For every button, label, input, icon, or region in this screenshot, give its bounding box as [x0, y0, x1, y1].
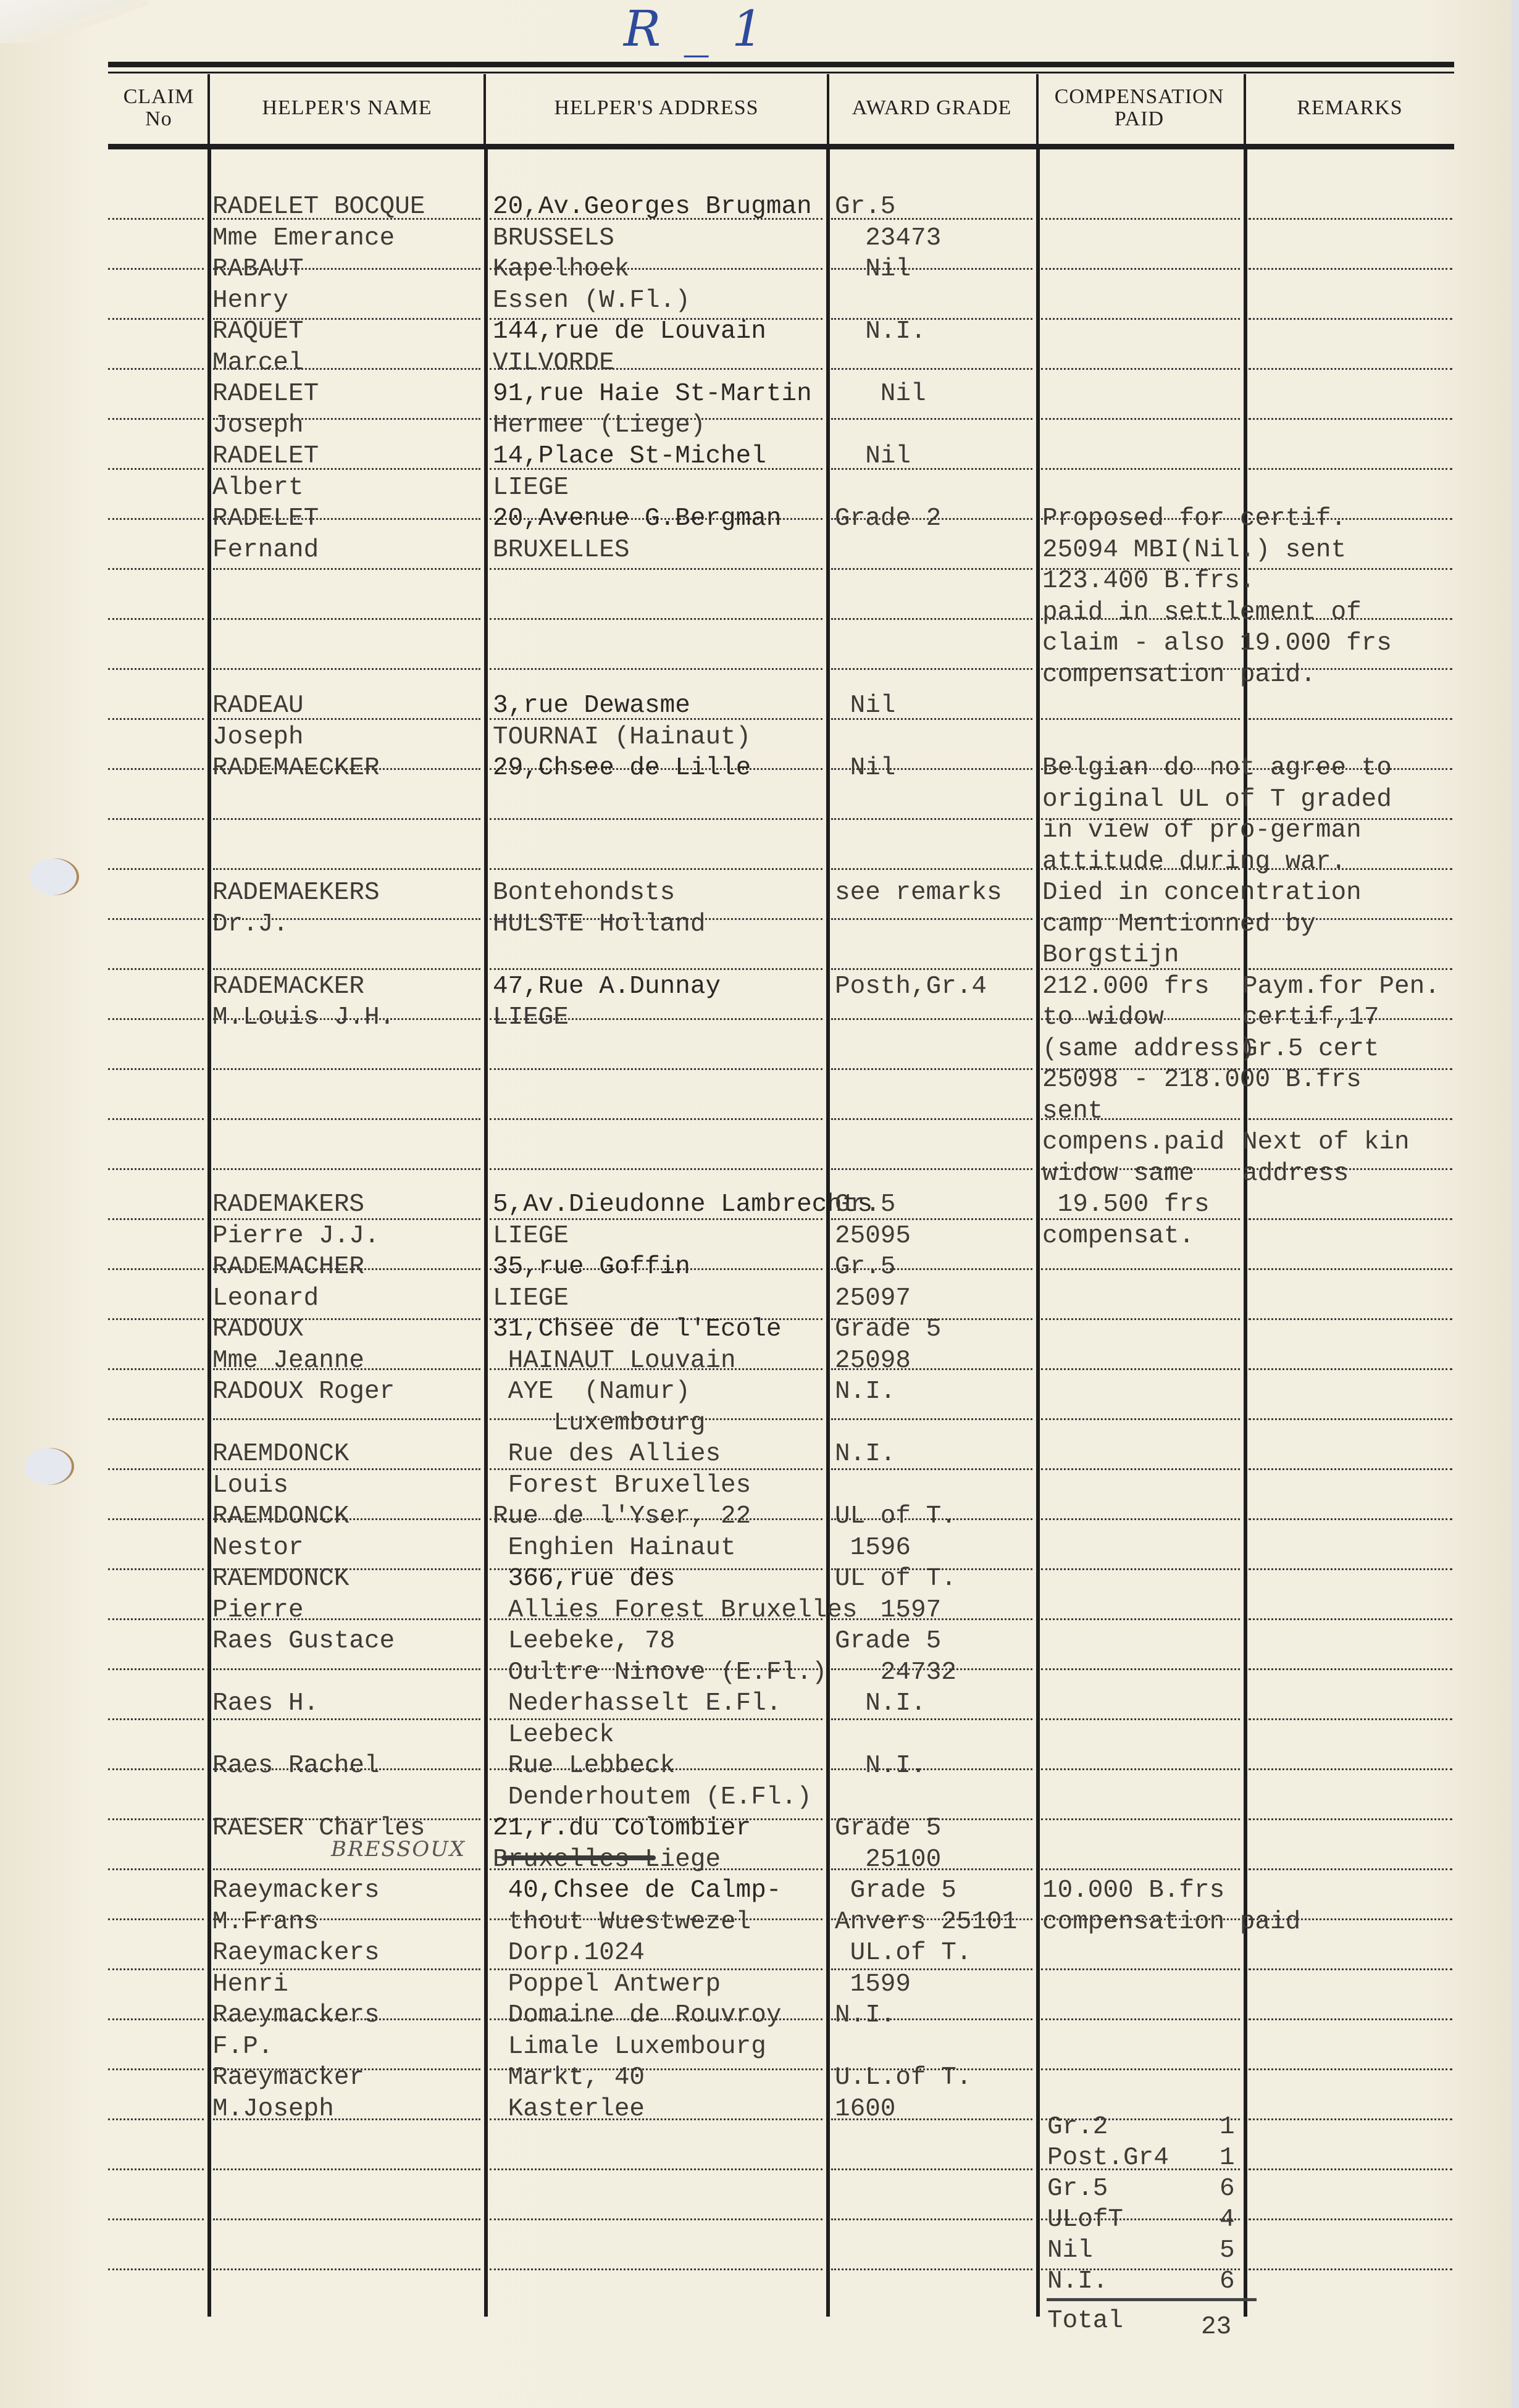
- dotted-rule: [1041, 1868, 1240, 1870]
- helper-name-line: RADOUX: [212, 1314, 304, 1345]
- dotted-rule: [1041, 1468, 1240, 1470]
- header-award-grade: AWARD GRADE: [830, 74, 1034, 142]
- dotted-rule: [1249, 318, 1452, 320]
- dotted-rule: [108, 1918, 204, 1920]
- helper-name-line: Raeymackers: [212, 1938, 380, 1968]
- remarks-line: Paym.for Pen.: [1242, 971, 1440, 1002]
- helper-name-line: RAEMDONCK: [212, 1563, 349, 1594]
- compensation-line: Borgstijn: [1042, 940, 1179, 971]
- helper-name-line: Dr.J.: [212, 909, 288, 940]
- compensation-line: compens.paid: [1042, 1127, 1224, 1158]
- helper-name-line: Fernand: [212, 535, 319, 566]
- helper-name-line: F.P.: [212, 2031, 273, 2062]
- dotted-rule: [108, 968, 204, 970]
- dotted-rule: [108, 518, 204, 520]
- helper-address-line: Bontehondsts: [493, 877, 675, 908]
- dotted-rule: [213, 1118, 480, 1120]
- dotted-rule: [1041, 2018, 1240, 2020]
- helper-address-line: Limale Luxembourg: [493, 2031, 766, 2062]
- helper-address-line: Rue Lebbeck: [493, 1750, 675, 1781]
- dotted-rule: [108, 2118, 204, 2120]
- dotted-rule: [1249, 1468, 1452, 1470]
- dotted-rule: [1041, 1268, 1240, 1270]
- compensation-line: Belgian do not agree to: [1042, 753, 1392, 784]
- helper-address-line: Domaine de Rouvroy: [493, 2000, 781, 2031]
- helper-name-line: RADELET: [212, 378, 319, 409]
- dotted-rule: [831, 418, 1032, 420]
- dotted-rule: [1249, 2268, 1452, 2270]
- dotted-rule: [1041, 368, 1240, 370]
- dotted-rule: [108, 2268, 204, 2270]
- dotted-rule: [490, 968, 822, 970]
- dotted-rule: [1249, 418, 1452, 420]
- award-grade-line: 25098: [835, 1345, 911, 1376]
- helper-name-line: RADEMAEKERS: [212, 877, 380, 908]
- dotted-rule: [108, 1568, 204, 1570]
- dotted-rule: [831, 1118, 1032, 1120]
- handwritten-reference: R _ 1: [624, 0, 767, 57]
- dotted-rule: [108, 1468, 204, 1470]
- helper-address-line: 3,rue Dewasme: [493, 690, 690, 721]
- dotted-rule: [1249, 1818, 1452, 1820]
- dotted-rule: [108, 1668, 204, 1670]
- helper-address-line: 21,r.du Colombier: [493, 1813, 751, 1844]
- dotted-rule: [1249, 2118, 1452, 2120]
- dotted-rule: [108, 1868, 204, 1870]
- header-claim-no-text: CLAIM No: [123, 86, 195, 130]
- dotted-rule: [108, 918, 204, 920]
- helper-name-line: Nestor: [212, 1532, 304, 1563]
- award-grade-line: Nil: [835, 690, 895, 721]
- award-grade-line: 25095: [835, 1221, 911, 1252]
- dotted-rule: [831, 818, 1032, 820]
- helper-name-line: Raeymackers: [212, 2000, 380, 2031]
- header-separator: [207, 74, 210, 144]
- dotted-rule: [1041, 318, 1240, 320]
- punch-hole-bottom: [25, 1448, 74, 1485]
- dotted-rule: [1249, 1568, 1452, 1570]
- folded-corner-shade: [0, 0, 148, 43]
- header-separator: [1036, 74, 1039, 144]
- helper-name-line: Albert: [212, 472, 304, 503]
- dotted-rule: [108, 1218, 204, 1220]
- dotted-rule: [1041, 1668, 1240, 1670]
- dotted-rule: [1249, 1768, 1452, 1770]
- tally-label: N.I.: [1047, 2266, 1108, 2297]
- remarks-line: Gr.5 cert: [1242, 1034, 1379, 1064]
- helper-address-line: 91,rue Haie St-Martin: [493, 378, 812, 409]
- helper-address-line: LIEGE: [493, 1283, 569, 1314]
- dotted-rule: [108, 2018, 204, 2020]
- helper-address-line: Poppel Antwerp: [493, 1969, 721, 2000]
- dotted-rule: [1249, 1868, 1452, 1870]
- helper-name-line: Raes Rachel: [212, 1750, 380, 1781]
- compensation-line: 19.500 frs: [1042, 1189, 1210, 1220]
- helper-address-line: BRUSSELS: [493, 223, 614, 254]
- helper-address-line: 40,Chsee de Calmp-: [493, 1875, 781, 1906]
- dotted-rule: [1041, 1418, 1240, 1420]
- column-line-grade: [826, 149, 830, 2317]
- dotted-rule: [1249, 718, 1452, 720]
- compensation-line: compensation paid.: [1042, 659, 1316, 690]
- header-compensation-text: COMPENSATION PAID: [1055, 86, 1224, 130]
- helper-address-line: Leebeke, 78: [493, 1626, 675, 1657]
- header-separator: [827, 74, 829, 144]
- compensation-line: 25094 MBI(Nil.) sent: [1042, 535, 1346, 566]
- dotted-rule: [213, 1868, 480, 1870]
- dotted-rule: [108, 1618, 204, 1620]
- compensation-line: 10.000 B.frs: [1042, 1875, 1224, 1906]
- remarks-line: address: [1242, 1158, 1349, 1189]
- helper-name-line: Louis: [212, 1470, 288, 1501]
- dotted-rule: [1041, 218, 1240, 220]
- helper-address-line: AYE (Namur): [493, 1376, 690, 1407]
- helper-address-line: 14,Place St-Michel: [493, 441, 766, 472]
- dotted-rule: [213, 618, 480, 620]
- helper-name-line: Marcel: [212, 348, 304, 378]
- dotted-rule: [108, 818, 204, 820]
- compensation-line: paid in settlement of: [1042, 597, 1362, 628]
- dotted-rule: [831, 1418, 1032, 1420]
- compensation-line: original UL of T graded: [1042, 784, 1392, 815]
- helper-address-line: LIEGE: [493, 1221, 569, 1252]
- dotted-rule: [1249, 2218, 1452, 2220]
- helper-address-line: Luxembourg: [493, 1408, 705, 1439]
- total-value: 23: [1201, 2312, 1231, 2343]
- header-top-thin-rule: [108, 72, 1454, 73]
- dotted-rule: [213, 2218, 480, 2220]
- award-grade-line: N.I.: [835, 1750, 926, 1781]
- helper-name-line: Pierre J.J.: [212, 1221, 380, 1252]
- handwritten-correction: BRESSOUX: [331, 1837, 466, 1862]
- dotted-rule: [1249, 368, 1452, 370]
- dotted-rule: [108, 1418, 204, 1420]
- helper-name-line: RADELET: [212, 503, 319, 534]
- helper-address-line: 47,Rue A.Dunnay: [493, 971, 721, 1002]
- tally-count: 5: [1220, 2235, 1235, 2266]
- dotted-rule: [1249, 568, 1452, 570]
- dotted-rule: [831, 568, 1032, 570]
- helper-name-line: RAEMDONCK: [212, 1501, 349, 1532]
- helper-address-line: HULSTE Holland: [493, 909, 705, 940]
- helper-name-line: RAQUET: [212, 316, 304, 347]
- helper-address-line: 5,Av.Dieudonne Lambrechts: [493, 1189, 872, 1220]
- compensation-line: (same address): [1042, 1034, 1255, 1064]
- dotted-rule: [1249, 218, 1452, 220]
- compensation-line: widow same: [1042, 1158, 1194, 1189]
- award-grade-line: Nil: [835, 378, 926, 409]
- helper-address-line: Allies Forest Bruxelles: [493, 1595, 858, 1626]
- dotted-rule: [108, 2218, 204, 2220]
- dotted-rule: [831, 2218, 1032, 2220]
- helper-name-line: RADEMACHER: [212, 1252, 364, 1282]
- helper-name-line: Raes Gustace: [212, 1626, 395, 1657]
- dotted-rule: [1041, 1818, 1240, 1820]
- helper-address-line: 35,rue Goffin: [493, 1252, 690, 1282]
- helper-address-line: Forest Bruxelles: [493, 1470, 751, 1501]
- helper-name-line: Joseph: [212, 722, 304, 753]
- helper-address-line: 144,rue de Louvain: [493, 316, 766, 347]
- helper-address-line: 20,Avenue G.Bergman: [493, 503, 781, 534]
- dotted-rule: [831, 1168, 1032, 1170]
- award-grade-line: see remarks: [835, 877, 1002, 908]
- compensation-line: Proposed for certif.: [1042, 503, 1346, 534]
- dotted-rule: [1249, 1418, 1452, 1420]
- award-grade-line: 25097: [835, 1283, 911, 1314]
- dotted-rule: [108, 1268, 204, 1270]
- dotted-rule: [108, 568, 204, 570]
- dotted-rule: [1249, 2018, 1452, 2020]
- helper-name-line: Mme Jeanne: [212, 1345, 364, 1376]
- dotted-rule: [213, 1168, 480, 1170]
- helper-address-line: BRUXELLES: [493, 535, 629, 566]
- award-grade-line: Grade 5: [835, 1875, 956, 1906]
- award-grade-line: N.I.: [835, 316, 926, 347]
- award-grade-line: Gr.5: [835, 1252, 895, 1282]
- dotted-rule: [108, 1318, 204, 1320]
- helper-name-line: Raes H.: [212, 1688, 319, 1719]
- helper-address-line: Kapelhoek: [493, 254, 629, 285]
- compensation-line: claim - also 19.000 frs: [1042, 628, 1392, 659]
- award-grade-line: 1599: [835, 1969, 911, 2000]
- dotted-rule: [490, 818, 822, 820]
- helper-name-line: M.Louis J.H.: [212, 1002, 395, 1033]
- dotted-rule: [1249, 1518, 1452, 1520]
- dotted-rule: [1249, 1968, 1452, 1970]
- dotted-rule: [1041, 718, 1240, 720]
- dotted-rule: [1249, 268, 1452, 270]
- helper-address-line: 366,rue des: [493, 1563, 675, 1594]
- helper-name-line: Raeymackers: [212, 1875, 380, 1906]
- dotted-rule: [213, 2268, 480, 2270]
- dotted-rule: [108, 1718, 204, 1720]
- award-grade-line: Grade 2: [835, 503, 941, 534]
- helper-address-line: Markt, 40: [493, 2062, 645, 2093]
- dotted-rule: [1249, 1118, 1452, 1120]
- dotted-rule: [108, 1368, 204, 1370]
- dotted-rule: [108, 1168, 204, 1170]
- dotted-rule: [831, 868, 1032, 870]
- header-helper-address: HELPER'S ADDRESS: [487, 74, 826, 142]
- compensation-line: attitude during war.: [1042, 847, 1346, 877]
- tally-label: Post.Gr4: [1047, 2143, 1169, 2173]
- header-top-rule: [108, 62, 1454, 67]
- helper-name-line: Joseph: [212, 410, 304, 441]
- helper-address-line: Rue des Allies: [493, 1439, 721, 1469]
- helper-address-line: LIEGE: [493, 472, 569, 503]
- tally-count: 6: [1220, 2266, 1235, 2297]
- header-bottom-rule: [108, 144, 1454, 149]
- dotted-rule: [831, 2268, 1032, 2270]
- helper-address-line: Hermee (Liege): [493, 410, 705, 441]
- helper-name-line: RAEMDONCK: [212, 1439, 349, 1469]
- award-grade-line: Gr.5: [835, 191, 895, 222]
- dotted-rule: [1041, 1368, 1240, 1370]
- total-label: Total: [1047, 2306, 1123, 2336]
- dotted-rule: [213, 1668, 480, 1670]
- dotted-rule: [490, 868, 822, 870]
- dotted-rule: [831, 368, 1032, 370]
- helper-name-line: M.Joseph: [212, 2094, 334, 2125]
- helper-name-line: Raeymacker: [212, 2062, 364, 2093]
- award-grade-line: N.I.: [835, 1439, 895, 1469]
- award-grade-line: 23473: [835, 223, 941, 254]
- tally-count: 1: [1220, 2143, 1235, 2173]
- dotted-rule: [108, 768, 204, 770]
- dotted-rule: [831, 1068, 1032, 1070]
- dotted-rule: [1249, 1318, 1452, 1320]
- helper-address-line: TOURNAI (Hainaut): [493, 722, 751, 753]
- dotted-rule: [108, 218, 204, 220]
- dotted-rule: [108, 1518, 204, 1520]
- compensation-line: 212.000 frs: [1042, 971, 1210, 1002]
- compensation-line: to widow: [1042, 1002, 1164, 1033]
- dotted-rule: [490, 668, 822, 670]
- dotted-rule: [490, 618, 822, 620]
- tally-label: Nil: [1047, 2235, 1093, 2266]
- compensation-line: compensation paid: [1042, 1907, 1300, 1938]
- helper-name-line: Henri: [212, 1969, 288, 2000]
- strikethrough-bruxelles: [501, 1855, 656, 1860]
- tally-label: Gr.5: [1047, 2173, 1108, 2204]
- dotted-rule: [490, 1068, 822, 1070]
- award-grade-line: UL of T.: [835, 1563, 956, 1594]
- dotted-rule: [1249, 468, 1452, 470]
- dotted-rule: [1041, 468, 1240, 470]
- tally-label: Gr.2: [1047, 2112, 1108, 2143]
- dotted-rule: [108, 2068, 204, 2070]
- header-compensation-paid: COMPENSATION PAID: [1037, 74, 1241, 142]
- ledger-page: R _ 1 CLAIM No HELPER'S NAME HELPER'S AD…: [0, 0, 1519, 2408]
- dotted-rule: [1249, 1618, 1452, 1620]
- award-grade-line: N.I.: [835, 2000, 895, 2031]
- helper-address-line: Nederhasselt E.Fl.: [493, 1688, 781, 1719]
- helper-name-line: Pierre: [212, 1595, 304, 1626]
- remarks-line: Next of kin: [1242, 1127, 1410, 1158]
- award-grade-line: Nil: [835, 753, 895, 784]
- dotted-rule: [831, 668, 1032, 670]
- award-grade-line: U.L.of T.: [835, 2062, 971, 2093]
- dotted-rule: [1249, 1218, 1452, 1220]
- award-grade-line: 24732: [835, 1657, 956, 1688]
- award-grade-line: Grade 5: [835, 1314, 941, 1345]
- award-grade-line: Grade 5: [835, 1813, 941, 1844]
- dotted-rule: [1041, 1768, 1240, 1770]
- dotted-rule: [1249, 2168, 1452, 2170]
- dotted-rule: [1249, 1268, 1452, 1270]
- dotted-rule: [213, 1418, 480, 1420]
- dotted-rule: [108, 1068, 204, 1070]
- dotted-rule: [108, 1968, 204, 1970]
- dotted-rule: [213, 818, 480, 820]
- dotted-rule: [831, 618, 1032, 620]
- dotted-rule: [1041, 418, 1240, 420]
- dotted-rule: [831, 1018, 1032, 1020]
- dotted-rule: [213, 1068, 480, 1070]
- header-claim-no: CLAIM No: [110, 74, 207, 142]
- dotted-rule: [831, 2168, 1032, 2170]
- award-grade-line: Anvers 25101: [835, 1907, 1017, 1938]
- dotted-rule: [490, 568, 822, 570]
- dotted-rule: [1041, 1318, 1240, 1320]
- tally-count: 4: [1220, 2204, 1235, 2235]
- helper-name-line: RADOUX Roger: [212, 1376, 395, 1407]
- award-grade-line: N.I.: [835, 1376, 895, 1407]
- remarks-line: certif,17: [1242, 1002, 1379, 1033]
- helper-address-line: Enghien Hainaut: [493, 1532, 736, 1563]
- award-grade-line: Gr.5: [835, 1189, 895, 1220]
- tally-label: ULofT: [1047, 2204, 1123, 2235]
- dotted-rule: [1249, 968, 1452, 970]
- tally-count: 1: [1220, 2112, 1235, 2143]
- dotted-rule: [1249, 1668, 1452, 1670]
- helper-name-line: RADEMACKER: [212, 971, 364, 1002]
- helper-name-line: Mme Emerance: [212, 223, 395, 254]
- award-grade-line: Grade 5: [835, 1626, 941, 1657]
- award-grade-line: UL of T.: [835, 1501, 956, 1532]
- award-grade-line: 25100: [835, 1844, 941, 1875]
- compensation-line: 123.400 B.frs.: [1042, 566, 1255, 596]
- dotted-rule: [108, 368, 204, 370]
- helper-name-line: RABAUT: [212, 254, 304, 285]
- helper-address-line: Leebeck: [493, 1720, 614, 1750]
- dotted-rule: [1041, 268, 1240, 270]
- helper-address-line: 29,Chsee de Lille: [493, 753, 751, 784]
- helper-address-line: thout Wuestwezel: [493, 1907, 751, 1938]
- column-line-address: [484, 149, 488, 2317]
- dotted-rule: [1249, 1368, 1452, 1370]
- dotted-rule: [108, 468, 204, 470]
- dotted-rule: [1041, 1518, 1240, 1520]
- helper-address-line: 20,Av.Georges Brugman: [493, 191, 812, 222]
- tally-count: 6: [1220, 2173, 1235, 2204]
- helper-address-line: Denderhoutem (E.Fl.): [493, 1782, 812, 1813]
- dotted-rule: [108, 868, 204, 870]
- helper-name-line: RADELET BOCQUE: [212, 191, 425, 222]
- dotted-rule: [1041, 1568, 1240, 1570]
- award-grade-line: 1600: [835, 2094, 895, 2125]
- dotted-rule: [108, 1018, 204, 1020]
- header-helper-name: HELPER'S NAME: [211, 74, 483, 142]
- helper-name-line: Henry: [212, 285, 288, 316]
- total-underline: [1047, 2298, 1257, 2301]
- header-remarks: REMARKS: [1245, 74, 1455, 142]
- header-separator: [483, 74, 486, 144]
- helper-address-line: Rue de l'Yser, 22: [493, 1501, 751, 1532]
- column-line-remarks: [1244, 149, 1247, 2317]
- helper-address-line: Essen (W.Fl.): [493, 285, 690, 316]
- punch-hole-top: [30, 858, 79, 895]
- helper-address-line: 31,Chsee de l'Ecole: [493, 1314, 781, 1345]
- helper-name-line: M.Frans: [212, 1907, 319, 1938]
- dotted-rule: [831, 968, 1032, 970]
- dotted-rule: [108, 618, 204, 620]
- dotted-rule: [490, 1118, 822, 1120]
- dotted-rule: [1041, 1618, 1240, 1620]
- compensation-line: in view of pro-german: [1042, 815, 1362, 846]
- dotted-rule: [1249, 2068, 1452, 2070]
- dotted-rule: [213, 868, 480, 870]
- dotted-rule: [831, 918, 1032, 920]
- award-grade-line: 1597: [835, 1595, 941, 1626]
- dotted-rule: [108, 668, 204, 670]
- helper-name-line: RADEMAKERS: [212, 1189, 364, 1220]
- dotted-rule: [1249, 1718, 1452, 1720]
- dotted-rule: [108, 1118, 204, 1120]
- helper-name-line: RADEMAECKER: [212, 753, 380, 784]
- dotted-rule: [490, 1168, 822, 1170]
- helper-address-line: Dorp.1024: [493, 1938, 645, 1968]
